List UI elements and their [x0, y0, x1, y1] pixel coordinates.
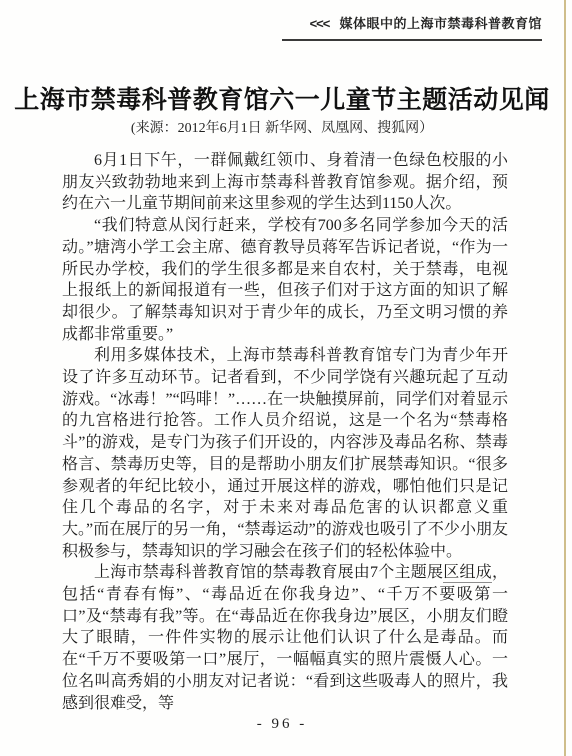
running-header: <<< 媒体眼中的上海市禁毒科普教育馆: [282, 13, 542, 41]
article-body: 6月1日下午，一群佩戴红领巾、身着清一色绿色校服的小朋友兴致勃勃地来到上海市禁毒…: [62, 150, 508, 714]
paragraph-1: 6月1日下午，一群佩戴红领巾、身着清一色绿色校服的小朋友兴致勃勃地来到上海市禁毒…: [62, 150, 508, 215]
paragraph-4-text-after: ，包括“青春有悔”、“毒品近在你我身边”、“千万不要吸第一口”及“禁毒有我”等。…: [62, 564, 508, 711]
paragraph-2: “我们特意从闵行赶来，学校有700多名同学参加今天的活动。”塘湾小学工会主席、德…: [62, 215, 508, 345]
running-header-label: 媒体眼中的上海市禁毒科普教育馆: [339, 16, 542, 31]
book-page: <<< 媒体眼中的上海市禁毒科普教育馆 上海市禁毒科普教育馆六一儿童节主题活动见…: [0, 0, 572, 756]
chevrons-left-icon: <<<: [310, 16, 330, 31]
paragraph-4-underlined-text: 区组成: [443, 564, 492, 583]
paragraph-4: 上海市禁毒科普教育馆的禁毒教育展由7个主题展区组成，包括“青春有悔”、“毒品近在…: [62, 562, 508, 714]
paragraph-3: 利用多媒体技术，上海市禁毒科普教育馆专门为青少年开设了许多互动环节。记者看到，不…: [62, 345, 508, 562]
page-edge-line: [564, 0, 566, 756]
page-number: - 96 -: [0, 716, 564, 733]
paragraph-4-text-before: 上海市禁毒科普教育馆的禁毒教育展由7个主题展: [94, 564, 443, 581]
article-title: 上海市禁毒科普教育馆六一儿童节主题活动见闻: [0, 80, 564, 116]
source-line: (来源：2012年6月1日 新华网、凤凰网、搜狐网）: [0, 117, 564, 137]
